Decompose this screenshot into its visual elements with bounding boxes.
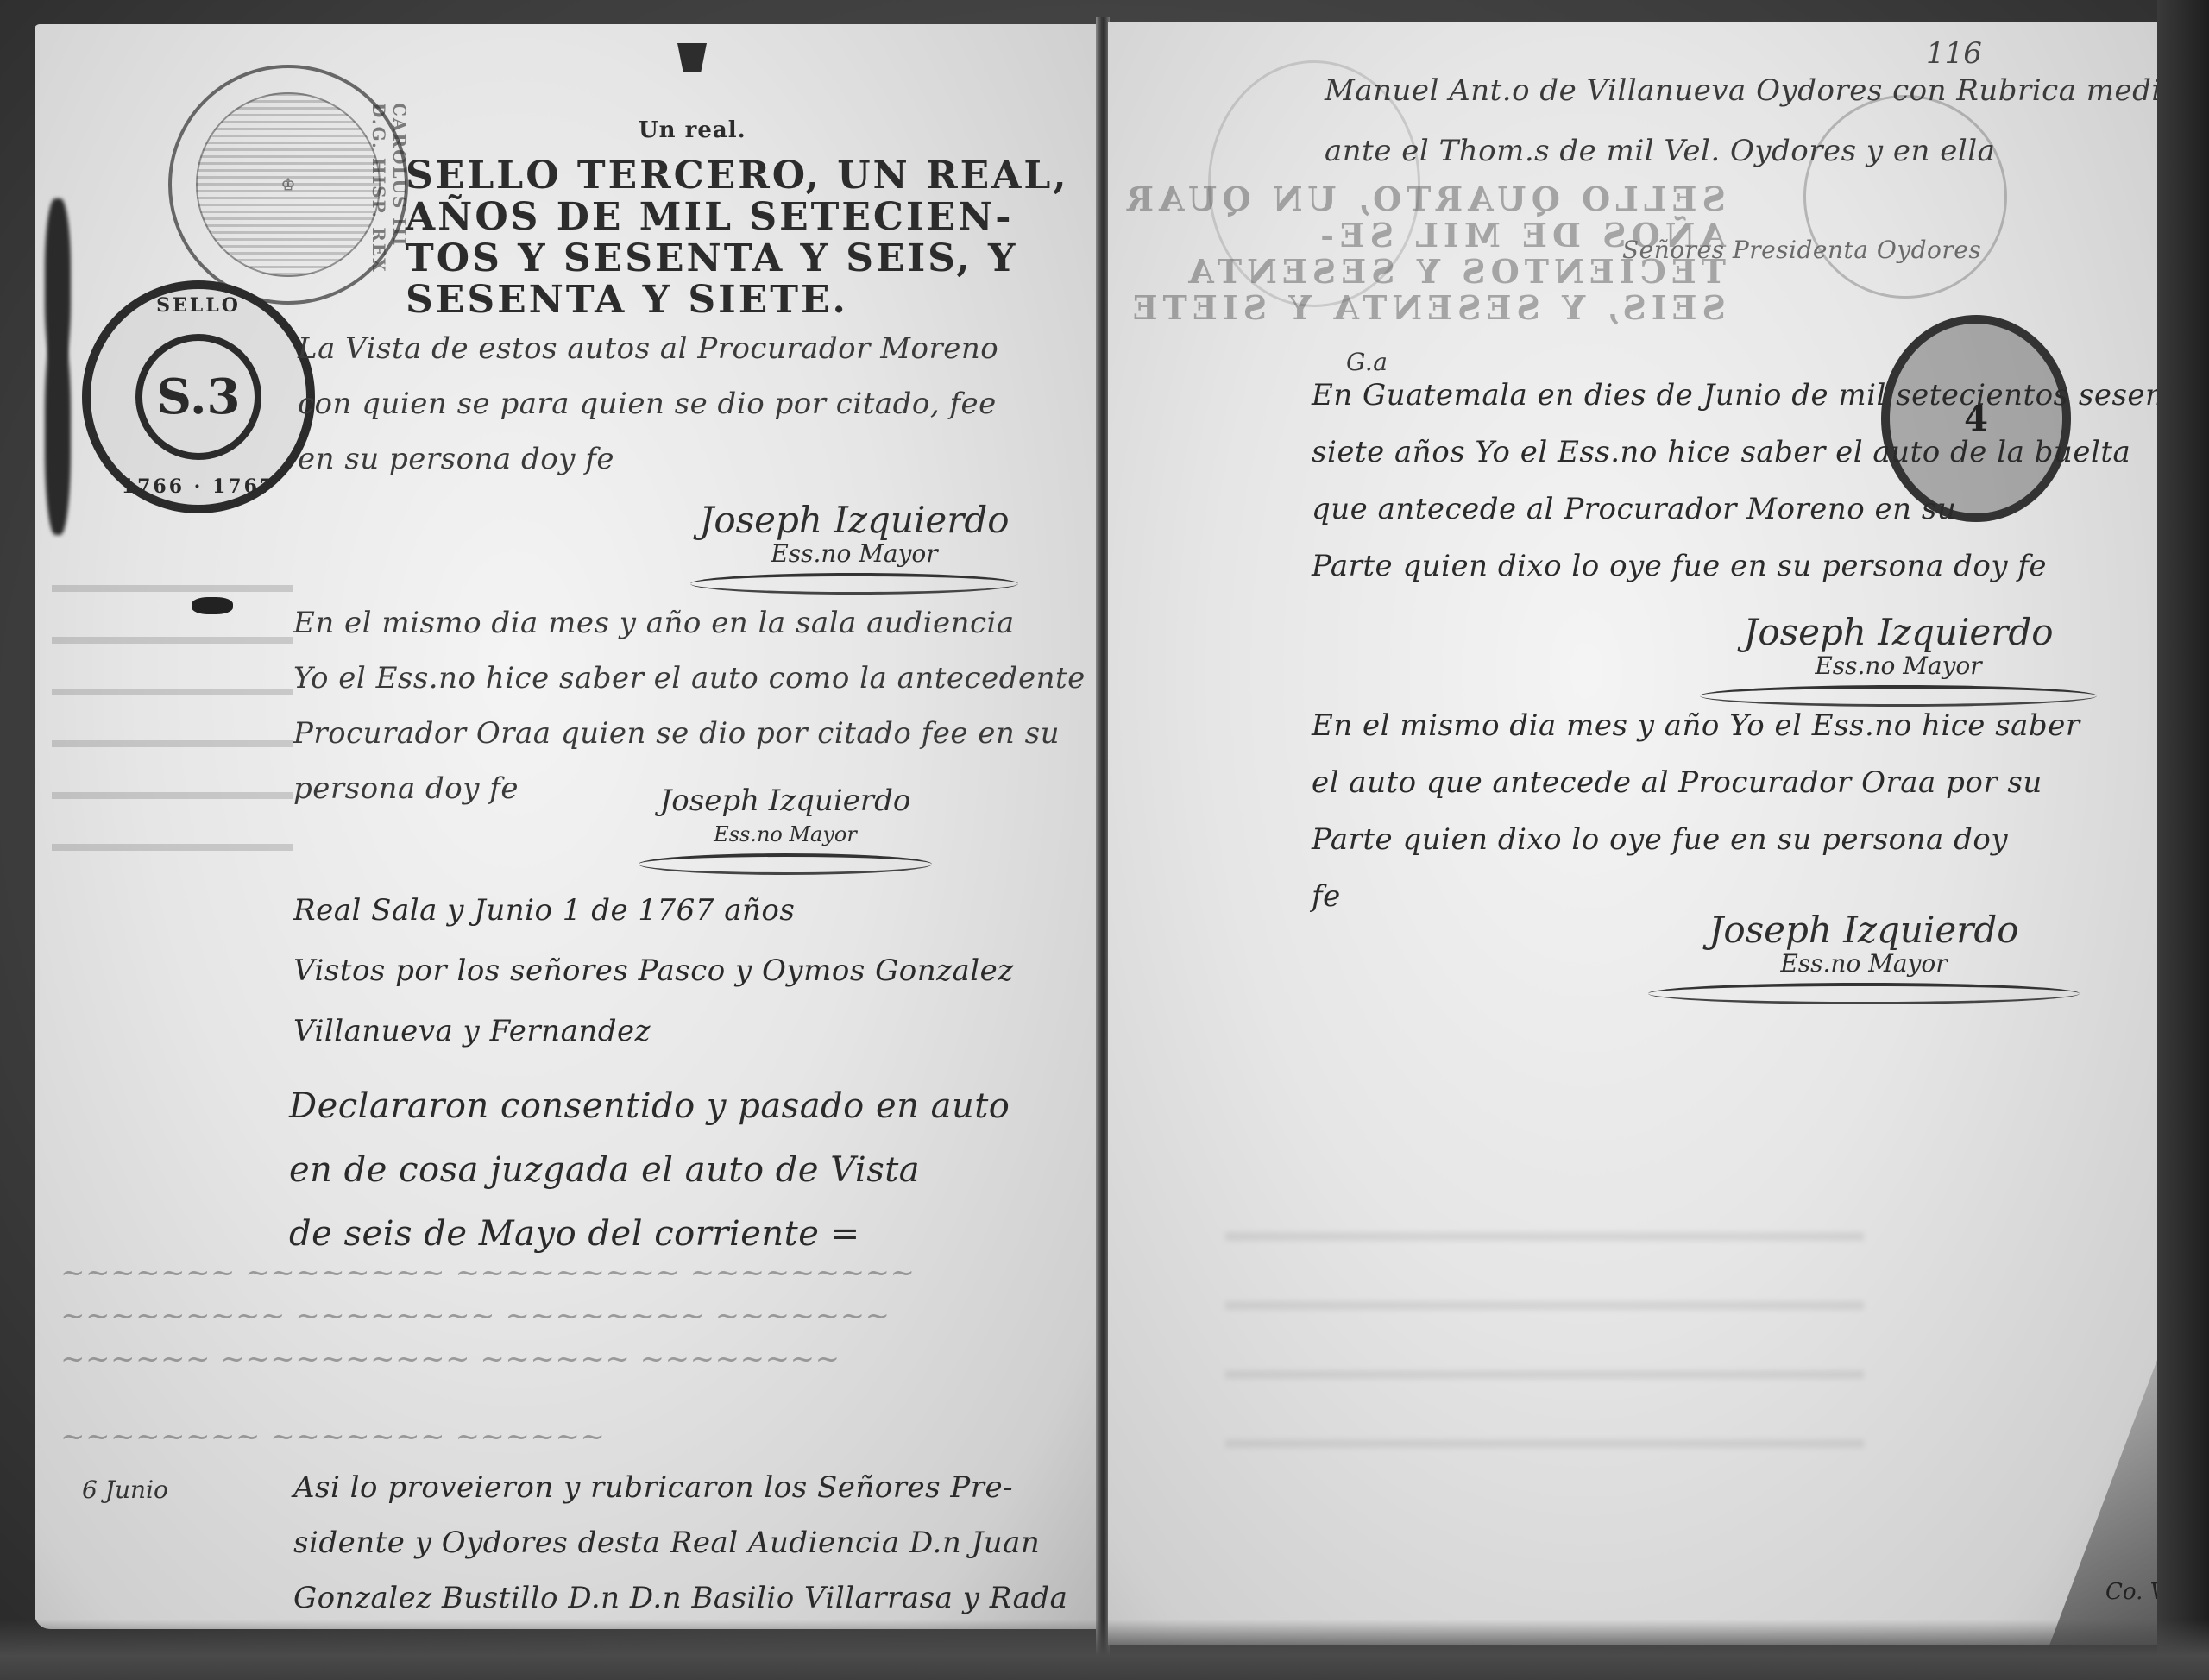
crossed-out-text: ~~~~~~~ ~~~~~~~~ ~~~~~~~~~ ~~~~~~~~~ ~~~… <box>60 1251 916 1458</box>
handwritten-line: Parte quien dixo lo oye fue en su person… <box>1312 538 2209 595</box>
faded-bleed-text <box>1225 1191 1864 1467</box>
ink-blot <box>192 597 233 614</box>
handwritten-line: siete años Yo el Ess.no hice saber el au… <box>1312 424 2209 481</box>
handwritten-line: ante el Thom.s de mil Vel. Oydores y en … <box>1325 121 2180 181</box>
handwritten-line: con quien se para quien se dio por citad… <box>298 376 998 431</box>
signature-block: Joseph Izquierdo Ess.no Mayor <box>673 500 1035 595</box>
margin-date-note: 6 Junio <box>82 1476 168 1504</box>
handwritten-line: Gonzalez Bustillo D.n D.n Basilio Villar… <box>293 1570 1067 1626</box>
faded-text-margin <box>52 552 293 880</box>
crown-seal-icon: ♔ CAROLUS III D.G. HISP. REX <box>168 65 408 305</box>
scan-edge-shadow <box>2157 0 2209 1680</box>
handwritten-line: en de cosa juzgada el auto de Vista <box>289 1138 1010 1202</box>
signature-name: Joseph Izquierdo <box>1674 613 2123 652</box>
stamp-heading-line: sesenta y siete. <box>406 280 1104 321</box>
rubric-flourish <box>1648 983 2080 1004</box>
signature-title: Ess.no Mayor <box>673 540 1035 568</box>
rubric-flourish <box>639 853 932 875</box>
stamp-heading-line: años de mil setecien- <box>406 197 1104 238</box>
rubric-flourish <box>690 573 1018 595</box>
handwritten-line: Vistos por los señores Pasco y Oymos Gon… <box>293 941 1014 1001</box>
handwritten-line: Manuel Ant.o de Villanueva Oydores con R… <box>1325 60 2180 121</box>
handwritten-line: Asi lo proveieron y rubricaron los Señor… <box>293 1460 1067 1515</box>
left-entry-4: Declararon consentido y pasado en auto e… <box>289 1074 1010 1266</box>
signature-name: Joseph Izquierdo <box>1639 910 2088 950</box>
crown-seal-ring-text: CAROLUS III D.G. HISP. REX <box>368 103 410 301</box>
bleed-handwriting: Señores Presidenta Oydores <box>1622 223 1981 278</box>
handwritten-line: En el mismo dia mes y año en la sala aud… <box>293 595 1123 651</box>
signature-title: Ess.no Mayor <box>1639 950 2088 978</box>
handwritten-line: Parte quien dixo lo oye fue en su person… <box>1312 811 2080 868</box>
right-entry-2: En el mismo dia mes y año Yo el Ess.no h… <box>1312 697 2080 925</box>
handwritten-line: sidente y Oydores desta Real Audiencia D… <box>293 1515 1067 1570</box>
handwritten-line: que antecede al Procurador Moreno en su <box>1312 481 2209 538</box>
handwritten-line: Yo el Ess.no hice saber el auto como la … <box>293 651 1123 706</box>
handwritten-line: Villanueva y Fernandez <box>293 1001 1014 1061</box>
stamp-value: Un real. <box>639 117 746 143</box>
stamp-heading-line: tos y sesenta y seis, y <box>406 238 1104 280</box>
handwritten-line: el auto que antecede al Procurador Oraa … <box>1312 754 2080 811</box>
handwritten-line: en su persona doy fe <box>298 431 998 487</box>
left-entry-1: La Vista de estos autos al Procurador Mo… <box>298 321 998 487</box>
handwritten-line: La Vista de estos autos al Procurador Mo… <box>298 321 998 376</box>
signature-block: Joseph Izquierdo Ess.no Mayor <box>1639 910 2088 1004</box>
binding-shadow <box>45 328 71 535</box>
sello-seal-ring-top: SELLO <box>91 294 306 317</box>
crown-seal-crest: ♔ <box>196 92 381 277</box>
scan-bottom-shadow <box>0 1620 2209 1680</box>
stamp-heading-line: Sello tercero, un real, <box>406 155 1104 197</box>
right-header: Manuel Ant.o de Villanueva Oydores con R… <box>1325 60 2180 181</box>
handwritten-line: Real Sala y Junio 1 de 1767 años <box>293 880 1014 941</box>
handwritten-line: En el mismo dia mes y año Yo el Ess.no h… <box>1312 697 2080 754</box>
left-entry-3: Real Sala y Junio 1 de 1767 años Vistos … <box>293 880 1014 1061</box>
sello-seal-icon: SELLO S.3 1766 · 1767 <box>82 280 315 513</box>
sello-seal-center: S.3 <box>135 334 261 460</box>
signature-title: Ess.no Mayor <box>1674 652 2123 680</box>
handwritten-line: En Guatemala en dies de Junio de mil set… <box>1312 367 2209 424</box>
sello-seal-ring-bottom: 1766 · 1767 <box>91 475 306 498</box>
stamp-heading: Sello tercero, un real, años de mil sete… <box>406 155 1104 321</box>
signature-title: Ess.no Mayor <box>621 821 949 848</box>
signature-block: Joseph Izquierdo Ess.no Mayor <box>621 781 949 875</box>
signature-name: Joseph Izquierdo <box>621 781 949 821</box>
signature-name: Joseph Izquierdo <box>673 500 1035 540</box>
handwritten-line: Procurador Oraa quien se dio por citado … <box>293 706 1123 761</box>
signature-block: Joseph Izquierdo Ess.no Mayor <box>1674 613 2123 707</box>
left-entry-5: Asi lo proveieron y rubricaron los Señor… <box>293 1460 1067 1626</box>
handwritten-line: Declararon consentido y pasado en auto <box>289 1074 1010 1138</box>
right-entry-1: En Guatemala en dies de Junio de mil set… <box>1312 367 2209 595</box>
